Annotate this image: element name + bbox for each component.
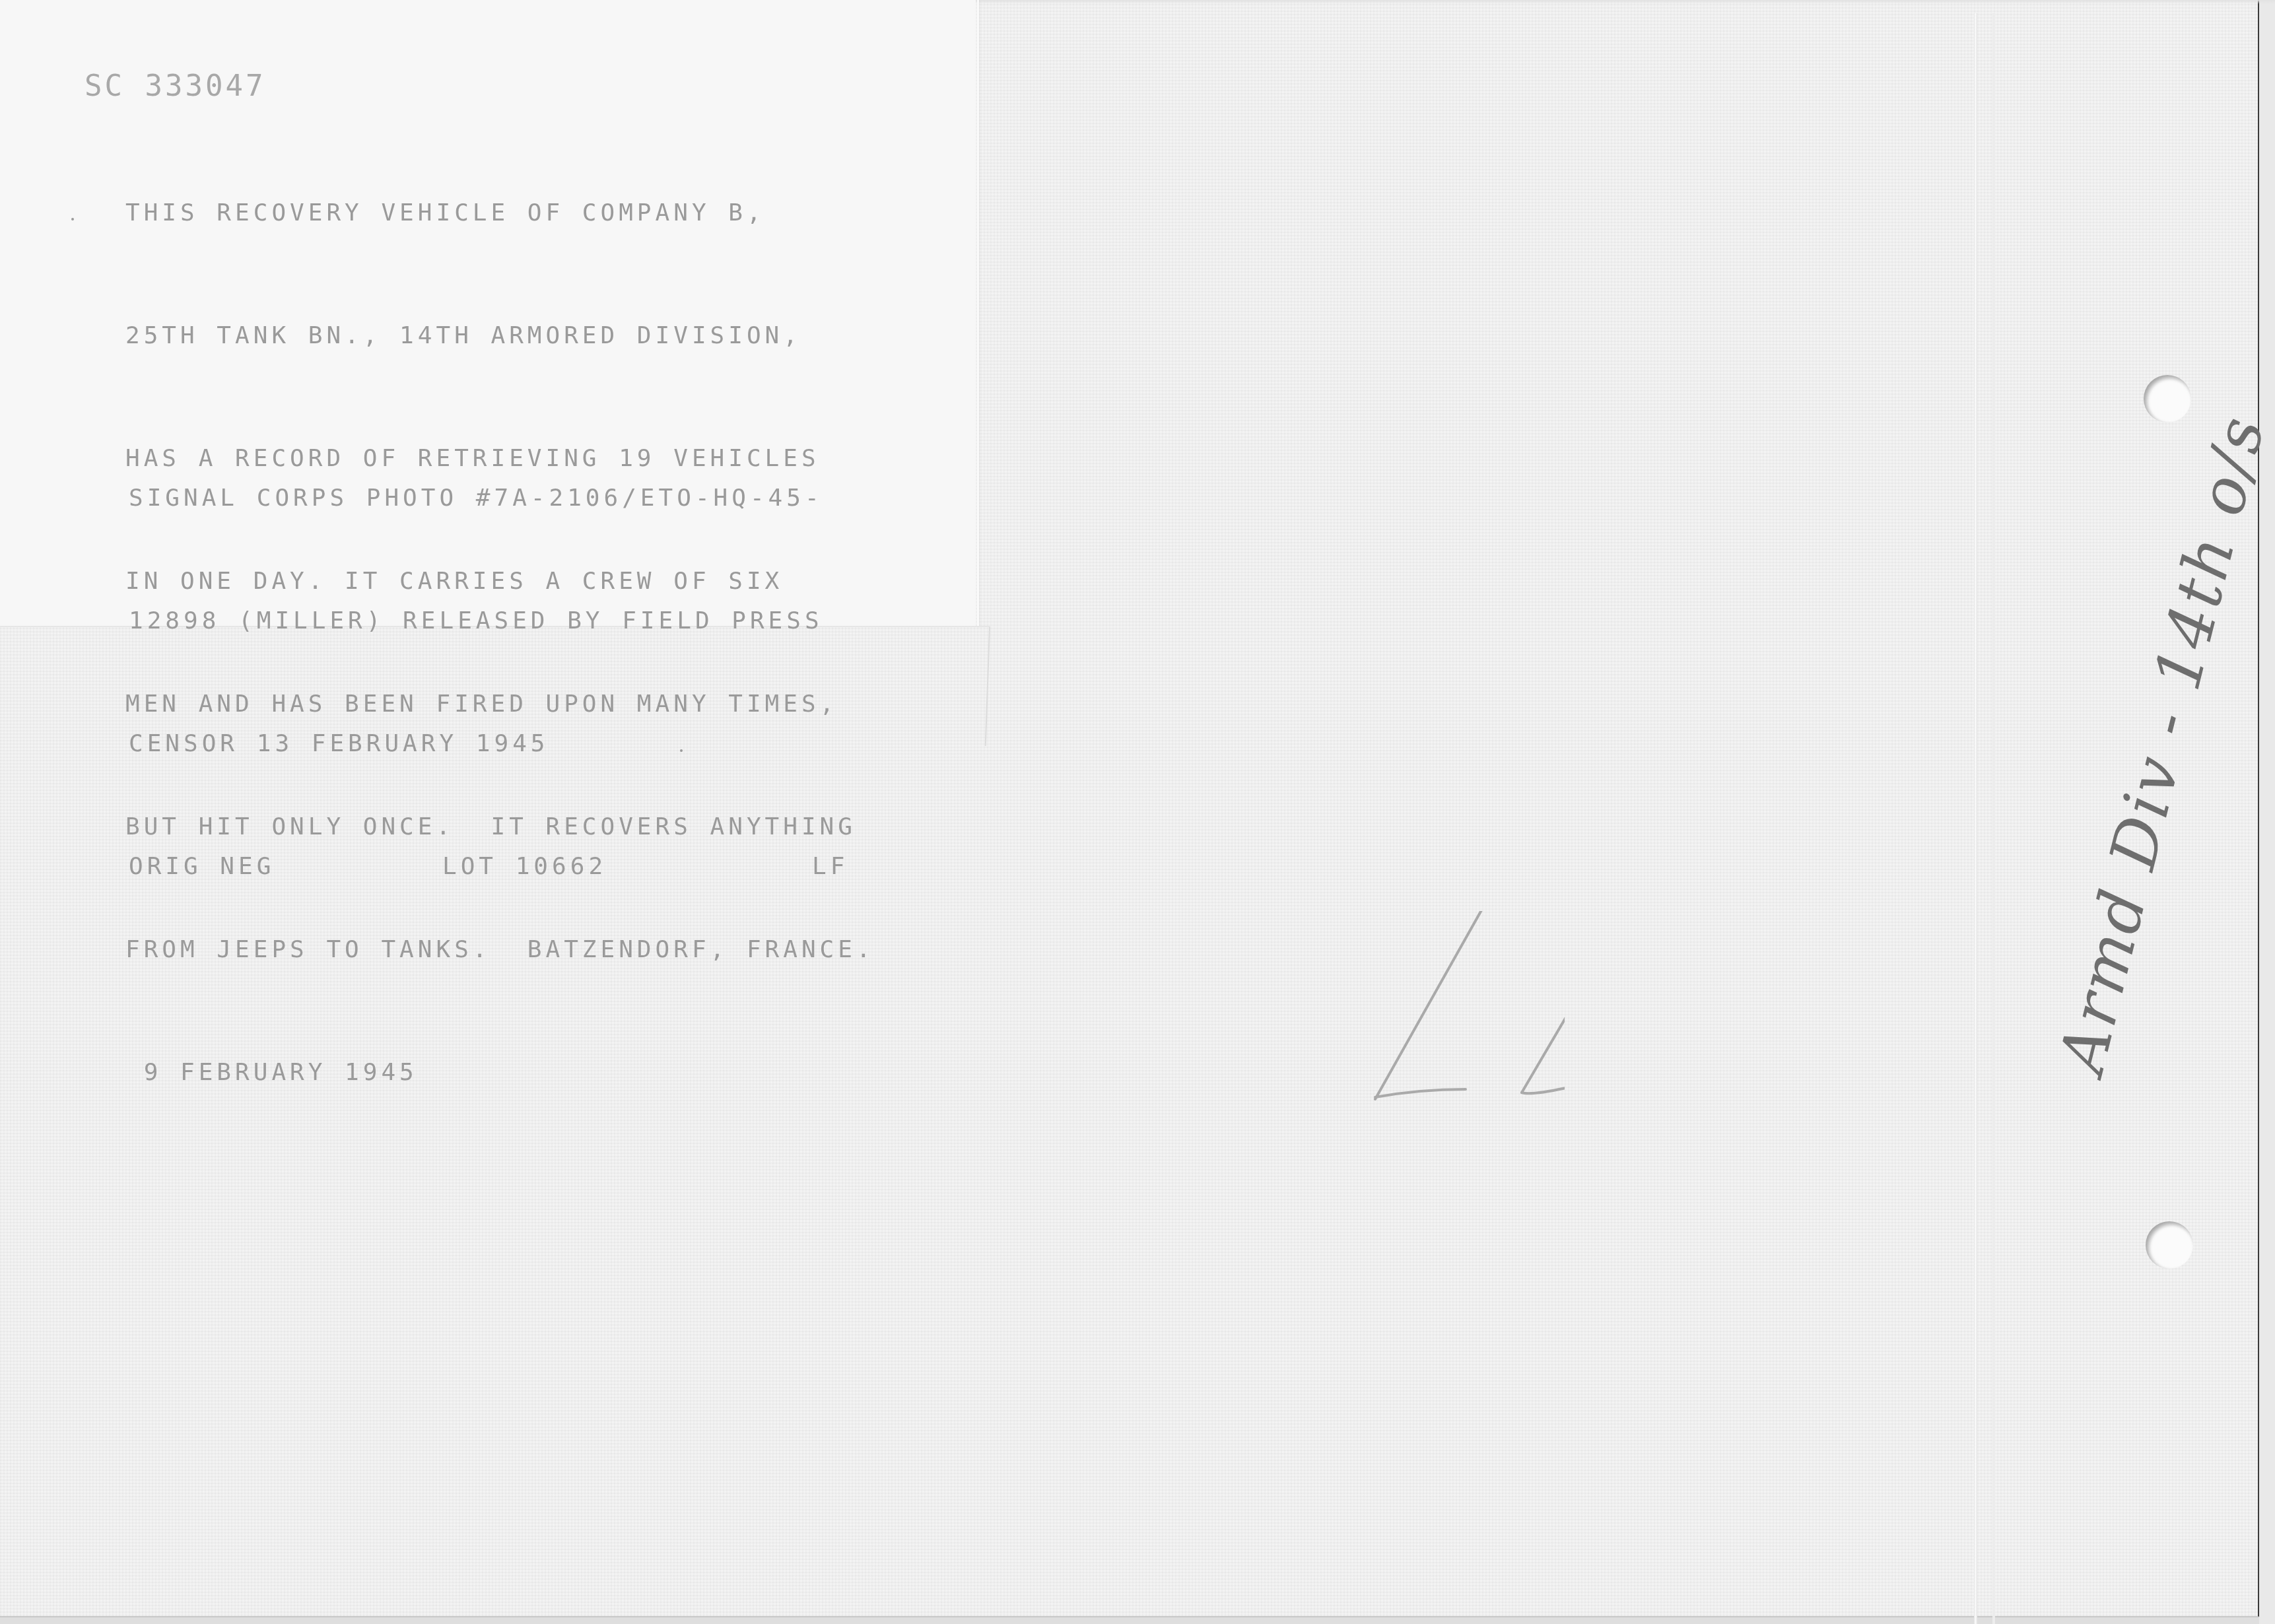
caption-line: FROM JEEPS TO TANKS. BATZENDORF, FRANCE. (125, 930, 875, 970)
release-line: CENSOR 13 FEBRUARY 1945 (129, 724, 848, 764)
release-line: 12898 (MILLER) RELEASED BY FIELD PRESS (129, 601, 848, 642)
speck (680, 749, 683, 752)
lot-number: LOT 10662 (442, 846, 812, 887)
photo-id: SC 333047 (85, 69, 265, 103)
speck (71, 218, 74, 220)
binding-fold-edge (1992, 13, 1995, 1624)
caption-date: 9 FEBRUARY 1945 (125, 1052, 875, 1093)
negative-info-row: ORIG NEG LOT 10662 LF (129, 846, 848, 887)
caption-line: THIS RECOVERY VEHICLE OF COMPANY B, (125, 193, 875, 234)
orig-neg: ORIG NEG (129, 846, 442, 887)
pencil-mark-22 (1314, 911, 1565, 1102)
binding-fold (1974, 13, 1977, 1624)
punch-hole-icon (2144, 375, 2191, 423)
initials: LF (812, 846, 848, 887)
caption-line: 25TH TANK BN., 14TH ARMORED DIVISION, (125, 316, 875, 356)
release-line: SIGNAL CORPS PHOTO #7A-2106/ETO-HQ-45- (129, 478, 848, 519)
scan-margin (2259, 0, 2275, 1624)
punch-hole-icon (2146, 1221, 2193, 1269)
release-text: SIGNAL CORPS PHOTO #7A-2106/ETO-HQ-45- 1… (129, 396, 848, 928)
label-edge (977, 0, 979, 627)
